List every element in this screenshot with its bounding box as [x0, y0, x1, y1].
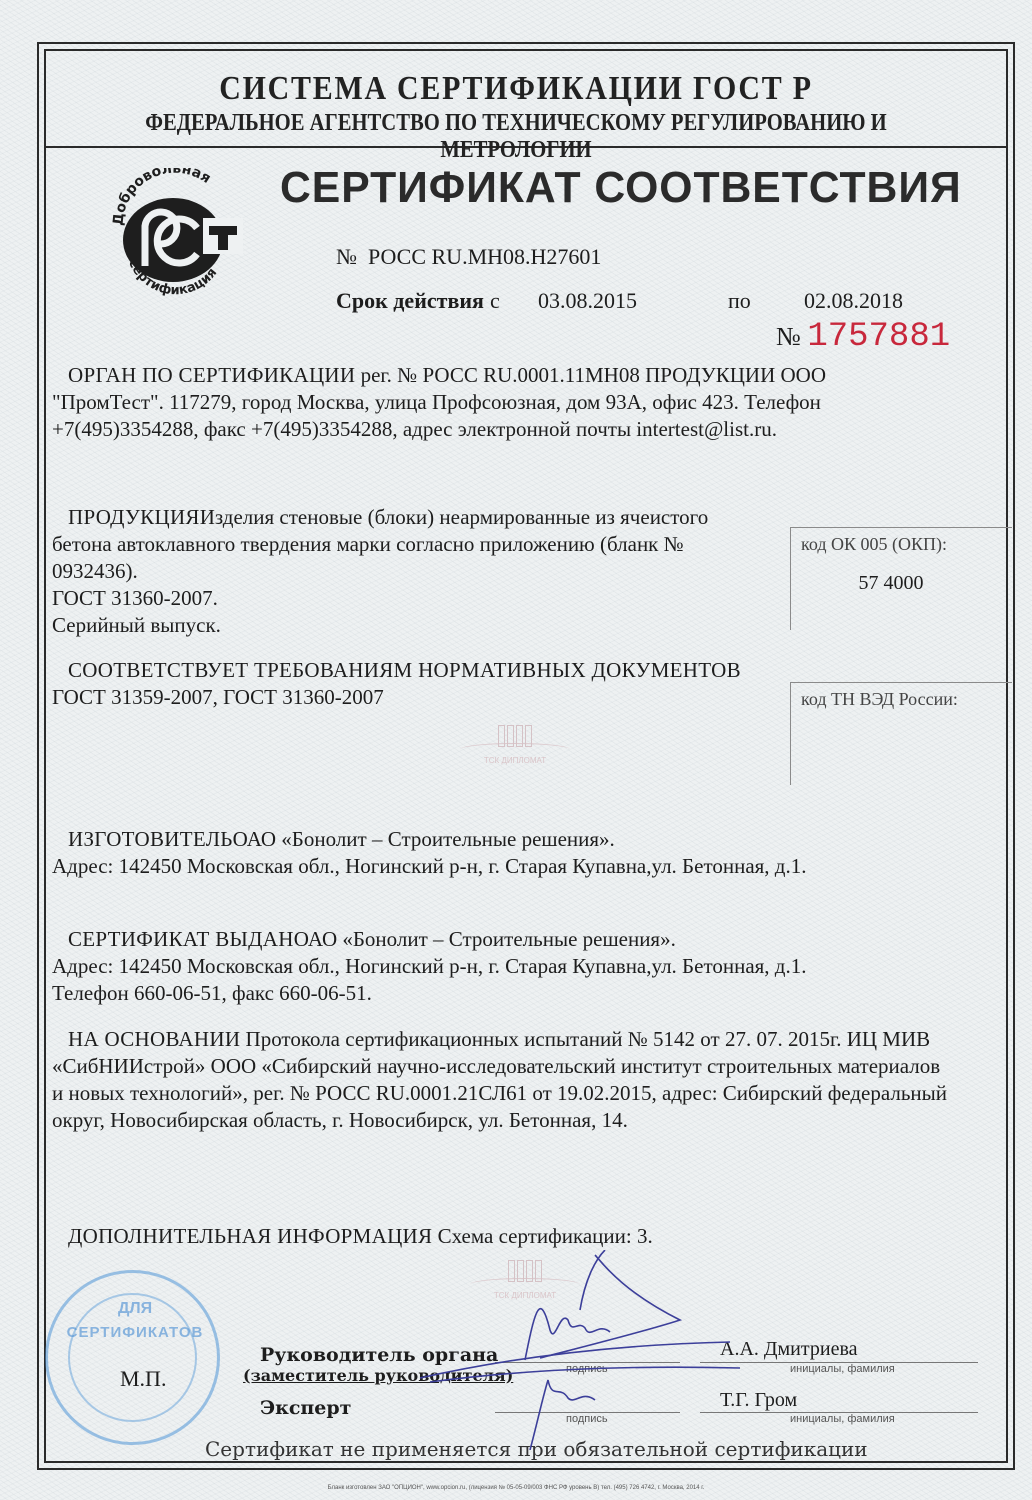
issued-to-label: СЕРТИФИКАТ ВЫДАН [68, 927, 294, 951]
seal-label: М.П. [120, 1366, 166, 1392]
watermark-text: ТСК ДИПЛОМАТ [460, 756, 570, 765]
certification-body-section: ОРГАН ПО СЕРТИФИКАЦИИ рег. № РОСС RU.000… [52, 362, 982, 443]
watermark: ТСК ДИПЛОМАТ [460, 725, 570, 765]
basis-label: НА ОСНОВАНИИ [68, 1027, 240, 1051]
basis-line: и новых технологий», рег. № РОСС RU.0001… [52, 1080, 1012, 1107]
okp-code-label: код ОК 005 (ОКП): [801, 534, 947, 555]
disclaimer: Сертификат не применяется при обязательн… [205, 1437, 868, 1461]
stamp-line-1: ДЛЯ [80, 1300, 190, 1318]
product-section: ПРОДУКЦИЯИзделия стеновые (блоки) неарми… [52, 504, 772, 639]
form-printer-footer: Бланк изготовлен ЗАО "ОПЦИОН", www.opcio… [0, 1485, 1032, 1491]
product-line: 0932436). [52, 558, 772, 585]
basis-line: «СибНИИстрой» ООО «Сибирский научно-иссл… [52, 1053, 1012, 1080]
handwritten-signature-icon [420, 1250, 800, 1450]
product-line: Серийный выпуск. [52, 612, 772, 639]
manufacturer-address: Адрес: 142450 Московская обл., Ногинский… [52, 853, 982, 880]
issued-to-section: СЕРТИФИКАТ ВЫДАНОАО «Бонолит – Строитель… [52, 926, 982, 1007]
number-label: № [336, 244, 357, 269]
certification-body-label: ОРГАН ПО СЕРТИФИКАЦИИ [68, 363, 355, 387]
system-title: СИСТЕМА СЕРТИФИКАЦИИ ГОСТ Р [62, 70, 970, 108]
additional-info-section: ДОПОЛНИТЕЛЬНАЯ ИНФОРМАЦИЯ Схема сертифик… [52, 1223, 982, 1250]
form-serial-number: № 1757881 [776, 318, 950, 356]
additional-info-label: ДОПОЛНИТЕЛЬНАЯ ИНФОРМАЦИЯ [68, 1224, 432, 1248]
issued-to-name: ОАО «Бонолит – Строительные решения». [294, 927, 676, 951]
expert-label: Эксперт [260, 1397, 351, 1419]
conformity-label: СООТВЕТСТВУЕТ ТРЕБОВАНИЯМ НОРМАТИВНЫХ ДО… [52, 657, 812, 684]
tnved-code-label: код ТН ВЭД России: [801, 689, 958, 710]
manufacturer-section: ИЗГОТОВИТЕЛЬОАО «Бонолит – Строительные … [52, 826, 982, 880]
valid-from: 03.08.2015 [538, 288, 637, 314]
expert-name-caption: инициалы, фамилия [790, 1413, 895, 1425]
certification-body-line: "ПромТест". 117279, город Москва, улица … [52, 389, 982, 416]
issued-to-address: Адрес: 142450 Московская обл., Ногинский… [52, 953, 982, 980]
to-label: по [728, 288, 751, 314]
rst-logo-icon: Добровольная сертификация [105, 168, 245, 303]
manufacturer-name: ОАО «Бонолит – Строительные решения». [233, 827, 615, 851]
valid-to: 02.08.2018 [804, 288, 903, 314]
product-line: бетона автоклавного твердения марки согл… [52, 531, 772, 558]
product-line: Изделия стеновые (блоки) неармированные … [200, 505, 709, 529]
validity-label: Срок действия [336, 288, 484, 314]
okp-code-value: 57 4000 [791, 572, 991, 595]
product-label: ПРОДУКЦИЯ [68, 505, 200, 529]
basis-section: НА ОСНОВАНИИ Протокола сертификационных … [52, 1026, 1012, 1134]
product-line: ГОСТ 31360-2007. [52, 585, 772, 612]
from-label: с [490, 288, 500, 314]
head-name-caption: инициалы, фамилия [790, 1363, 895, 1375]
manufacturer-label: ИЗГОТОВИТЕЛЬ [68, 827, 233, 851]
tnved-code-box: код ТН ВЭД России: [790, 682, 1012, 785]
certification-body-line: рег. № РОСС RU.0001.11МН08 ПРОДУКЦИИ ООО [361, 363, 826, 387]
certification-body-line: +7(495)3354288, факс +7(495)3354288, адр… [52, 416, 982, 443]
issued-to-phone: Телефон 660-06-51, факс 660-06-51. [52, 980, 982, 1007]
additional-info-value: Схема сертификации: 3. [438, 1224, 653, 1248]
certificate-number: № РОСС RU.МН08.Н27601 [336, 244, 601, 270]
basis-line: Протокола сертификационных испытаний № 5… [246, 1027, 931, 1051]
serial-label: № [776, 322, 801, 351]
agency-name: ФЕДЕРАЛЬНОЕ АГЕНТСТВО ПО ТЕХНИЧЕСКОМУ РЕ… [72, 110, 960, 164]
certificate-title: СЕРТИФИКАТ СООТВЕТСТВИЯ [280, 163, 962, 213]
basis-line: округ, Новосибирская область, г. Новосиб… [52, 1107, 1012, 1134]
conformity-value: ГОСТ 31359-2007, ГОСТ 31360-2007 [52, 684, 812, 711]
conformity-section: СООТВЕТСТВУЕТ ТРЕБОВАНИЯМ НОРМАТИВНЫХ ДО… [52, 657, 812, 711]
number-value: РОСС RU.МН08.Н27601 [368, 244, 601, 269]
stamp-line-2: СЕРТИФИКАТОВ [60, 1324, 210, 1341]
okp-code-box: код ОК 005 (ОКП): 57 4000 [790, 527, 1012, 630]
serial-value: 1757881 [807, 318, 950, 356]
